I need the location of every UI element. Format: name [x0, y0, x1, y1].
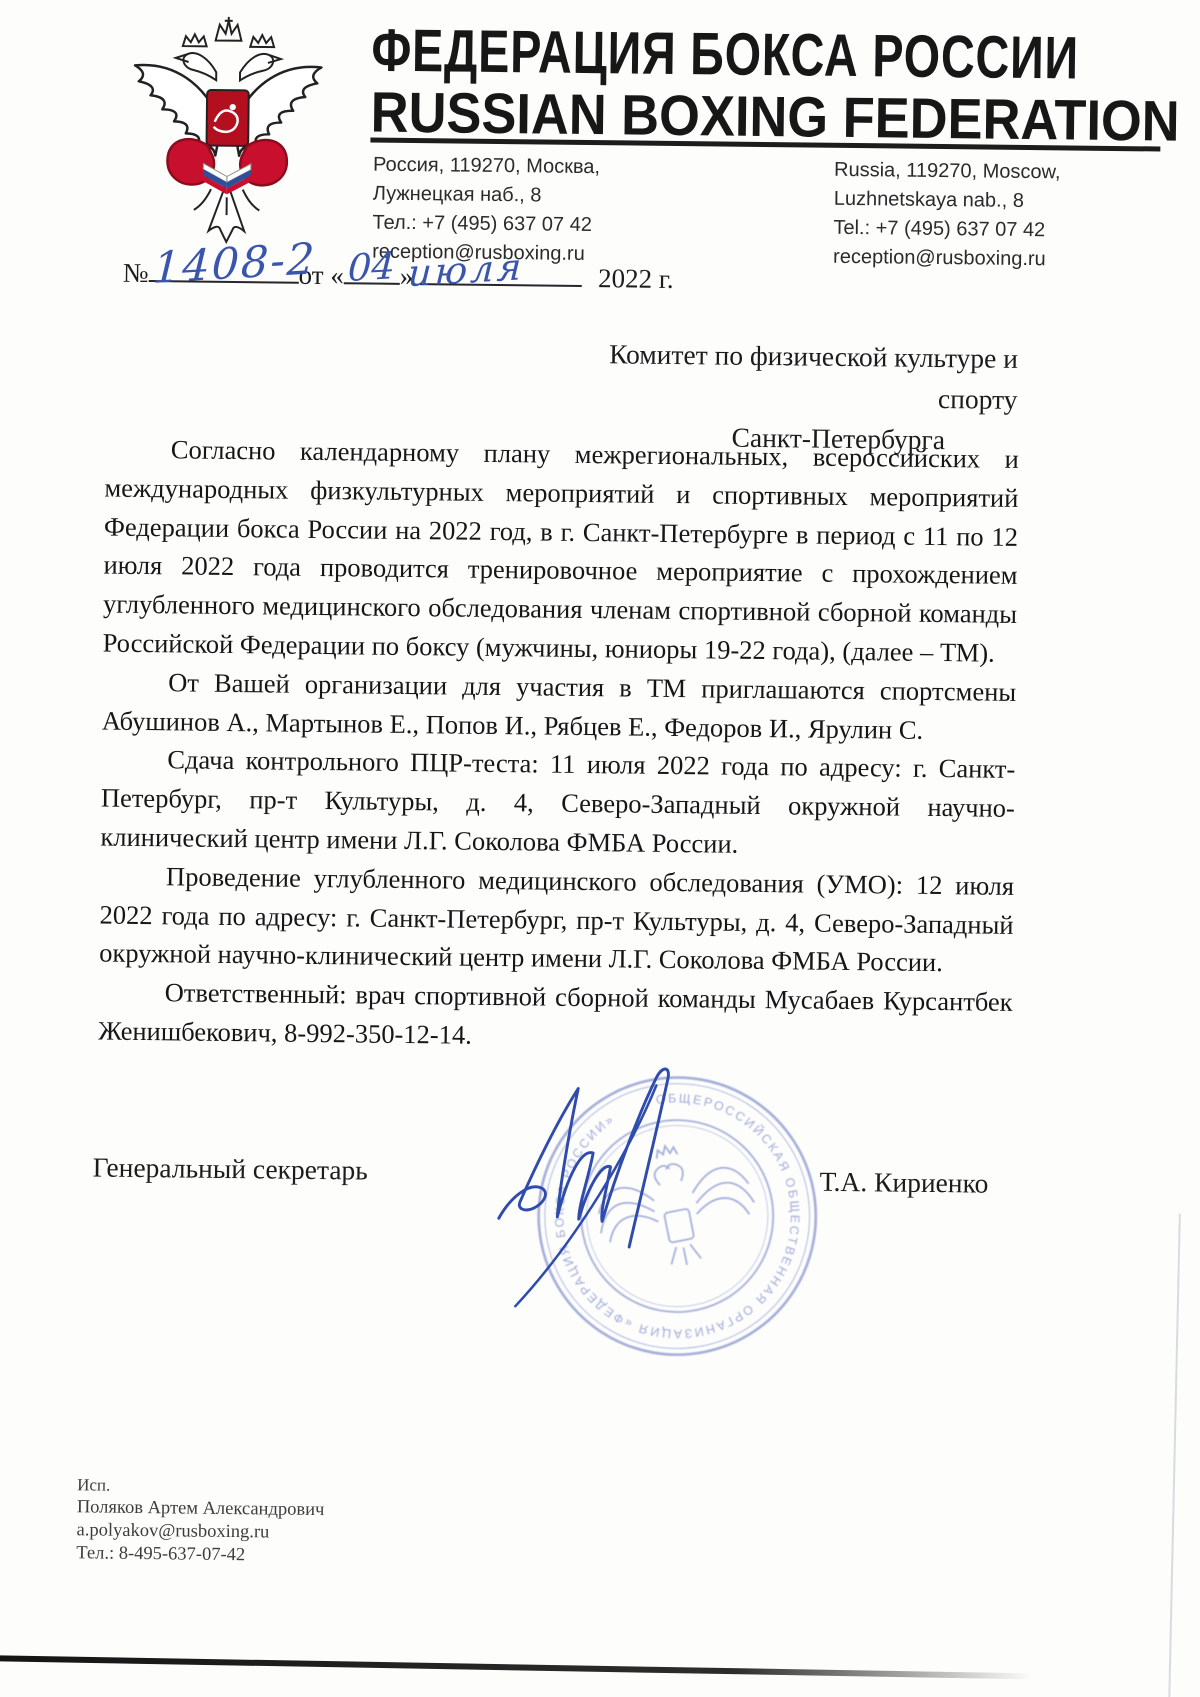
address-en-line: Russia, 119270, Moscow, [834, 156, 1061, 188]
address-ru-line: Тел.: +7 (495) 637 07 42 [372, 209, 599, 241]
body-paragraph: От Вашей организации для участия в ТМ пр… [102, 662, 1017, 750]
number-label: № [123, 258, 149, 288]
scan-tilt-wrapper: ФЕДЕРАЦИЯ БОКСА РОССИИ RUSSIAN BOXING FE… [0, 0, 1200, 1697]
handwritten-month: июля [407, 245, 525, 295]
executor-label: Исп. [77, 1473, 325, 1499]
reference-line: №1408-2от «04» июля2022 г. [123, 250, 674, 295]
body-paragraph: Проведение углубленного медицинского обс… [99, 856, 1014, 983]
year-text: 2022 г. [598, 263, 674, 294]
body-paragraph: Сдача контрольного ПЦР-теста: 11 июля 20… [100, 740, 1015, 867]
address-block-en: Russia, 119270, Moscow, Luzhnetskaya nab… [833, 156, 1061, 275]
address-en-line: Tel.: +7 (495) 637 07 42 [833, 214, 1060, 246]
month-underline: июля [420, 253, 582, 287]
executor-email: a.polyakov@rusboxing.ru [76, 1519, 324, 1545]
number-underline: 1408-2 [149, 250, 299, 284]
day-underline: 04 [344, 252, 400, 285]
handwritten-number: 1408-2 [152, 234, 317, 294]
address-en-line: reception@rusboxing.ru [833, 243, 1060, 275]
address-ru-line: Россия, 119270, Москва, [373, 151, 600, 183]
signatory-name: Т.А. Кириенко [819, 1166, 988, 1200]
letterhead-titles: ФЕДЕРАЦИЯ БОКСА РОССИИ RUSSIAN BOXING FE… [370, 21, 1200, 152]
page-edge-scan-line [1168, 1214, 1181, 1697]
executor-name: Поляков Артем Александрович [77, 1496, 325, 1522]
federation-title-ru: ФЕДЕРАЦИЯ БОКСА РОССИИ [371, 21, 1079, 89]
executor-phone: Тел.: 8-495-637-07-42 [76, 1542, 324, 1568]
executor-block: Исп. Поляков Артем Александрович a.polya… [76, 1473, 325, 1568]
double-headed-eagle-icon [107, 6, 348, 247]
address-en-line: Luzhnetskaya nab., 8 [834, 185, 1061, 217]
addressee-line1: Комитет по физической культуре и спорту [533, 332, 1018, 419]
scanned-letter-page: ФЕДЕРАЦИЯ БОКСА РОССИИ RUSSIAN BOXING FE… [0, 0, 1200, 1697]
federation-emblem [107, 6, 348, 247]
signature-scrawl-icon [482, 1054, 719, 1321]
handwritten-signature [482, 1054, 719, 1321]
letter-body: Согласно календарному плану межрегиональ… [98, 430, 1019, 1061]
address-ru-line: Лужнецкая наб., 8 [373, 180, 600, 212]
handwritten-day: 04 [347, 244, 396, 290]
bottom-scan-artifact-line [0, 1655, 1033, 1680]
body-paragraph: Ответственный: врач спортивной сборной к… [98, 973, 1013, 1061]
signatory-position: Генеральный секретарь [93, 1151, 368, 1186]
body-paragraph: Согласно календарному плану межрегиональ… [102, 430, 1019, 673]
